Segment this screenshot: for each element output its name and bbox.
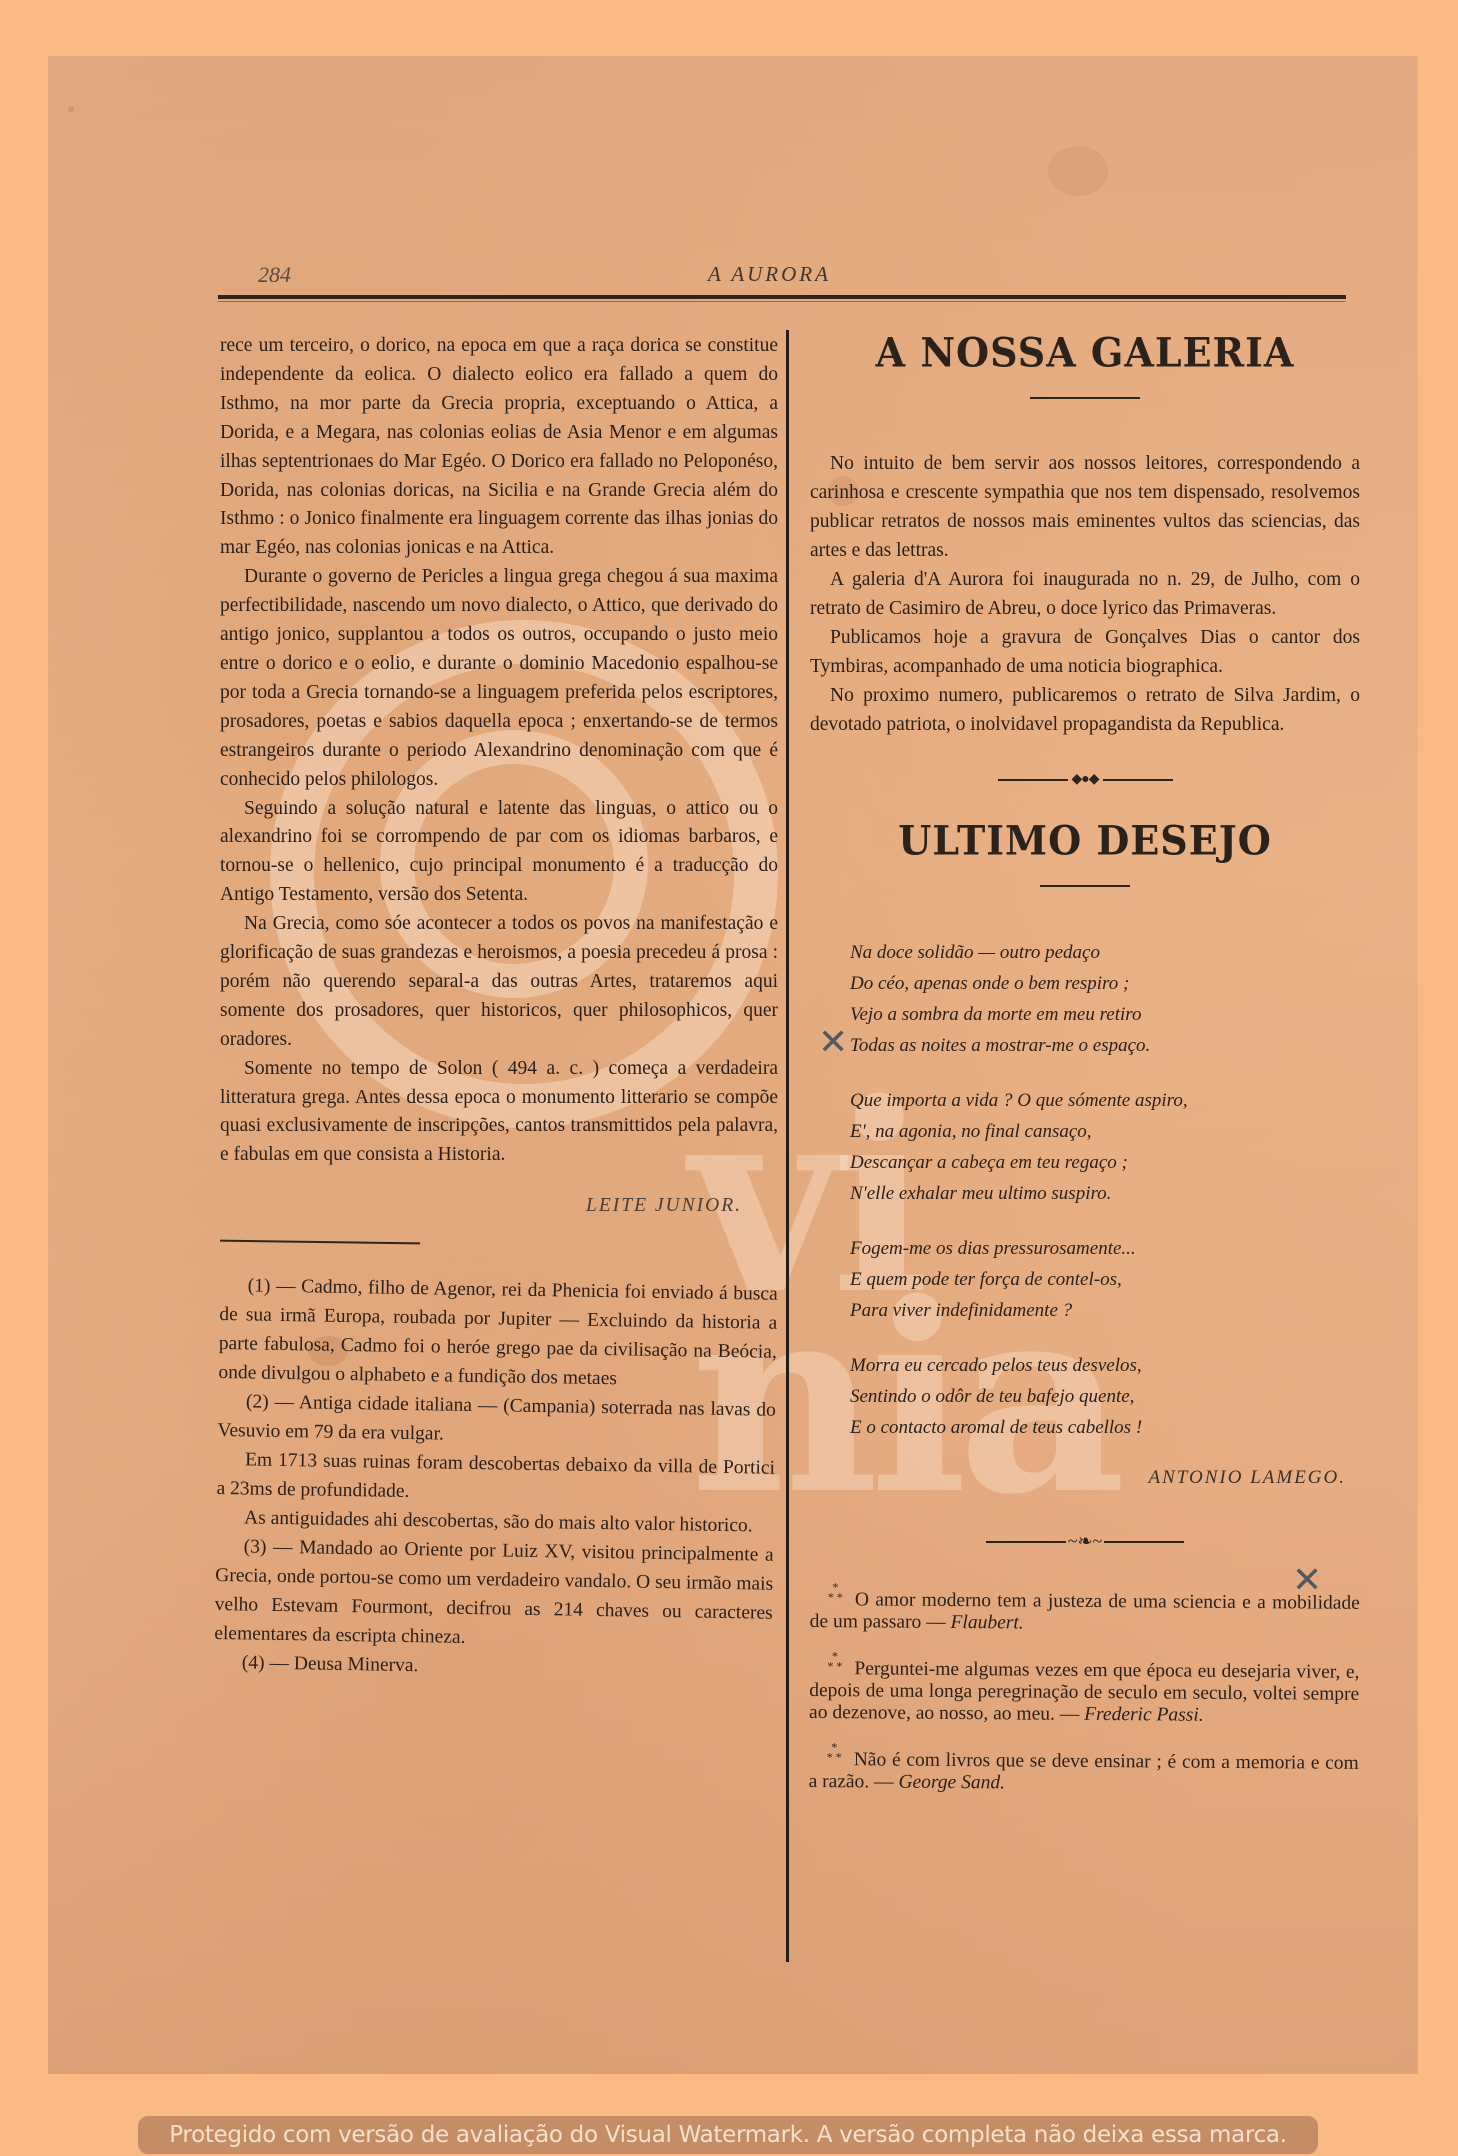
poem-line: Do céo, apenas onde o bem respiro ; xyxy=(850,968,1360,999)
asterism-icon: ** * xyxy=(828,1582,843,1602)
maxim-author: George Sand. xyxy=(898,1772,1005,1794)
galeria-paragraph: A galeria d'A Aurora foi inaugurada no n… xyxy=(810,565,1360,623)
article-paragraph: Na Grecia, como sóe acontecer a todos os… xyxy=(220,910,778,1055)
ornament-divider: ◆●◆ xyxy=(810,771,1360,788)
poem-title: ULTIMO DESEJO xyxy=(810,817,1360,864)
asterism-icon: ** * xyxy=(827,1651,842,1671)
header-rule-thin xyxy=(218,301,1346,302)
footnote: Em 1713 suas ruinas foram descobertas de… xyxy=(216,1445,775,1512)
galeria-title: A NOSSA GALERIA xyxy=(810,329,1360,376)
title-rule xyxy=(1040,885,1130,887)
article-paragraph: rece um terceiro, o dorico, na epoca em … xyxy=(220,332,778,563)
column-divider xyxy=(786,330,789,1962)
poem-stanza: Na doce solidão — outro pedaço Do céo, a… xyxy=(850,937,1360,1061)
poem-line: Vejo a sombra da morte em meu retiro xyxy=(850,999,1360,1030)
flourish-icon: ~❧~ xyxy=(1066,1531,1105,1552)
galeria-paragraph: No proximo numero, publicaremos o retrat… xyxy=(810,681,1360,739)
poem-line: Morra eu cercado pelos teus desvelos, xyxy=(850,1350,1360,1381)
right-column: A NOSSA GALERIA No intuito de bem servir… xyxy=(810,330,1360,1811)
galeria-paragraph: No intuito de bem servir aos nossos leit… xyxy=(810,449,1360,565)
poem-line: Que importa a vida ? O que sómente aspir… xyxy=(850,1085,1360,1116)
ornament-divider-flourish: ~❧~ xyxy=(810,1531,1360,1552)
footnote: (2) — Antiga cidade italiana — (Campania… xyxy=(217,1387,776,1454)
poem-stanza: Morra eu cercado pelos teus desvelos, Se… xyxy=(850,1350,1360,1443)
running-title: A AURORA xyxy=(708,262,831,287)
maxim: ** *Perguntei-me algumas vezes em que ép… xyxy=(809,1651,1359,1728)
poem-line: Sentindo o odôr de teu bafejo quente, xyxy=(850,1381,1360,1412)
article-paragraph: Somente no tempo de Solon ( 494 a. c. ) … xyxy=(220,1055,778,1171)
paper-spot xyxy=(68,106,74,112)
maxims: ** *O amor moderno tem a justeza de uma … xyxy=(809,1582,1360,1797)
footnote: (3) — Mandado ao Oriente por Luiz XV, vi… xyxy=(214,1532,774,1657)
pencil-mark-icon: ✕ xyxy=(1292,1560,1322,1601)
article-paragraph: Seguindo a solução natural e latente das… xyxy=(220,795,778,911)
poem-line: Para viver indefinidamente ? xyxy=(850,1295,1360,1326)
poem: Na doce solidão — outro pedaço Do céo, a… xyxy=(810,937,1360,1443)
poem-line: E quem pode ter força de contel-os, xyxy=(850,1264,1360,1295)
article-paragraph: Durante o governo de Pericles a lingua g… xyxy=(220,563,778,794)
poem-stanza: Fogem-me os dias pressurosamente... E qu… xyxy=(850,1233,1360,1326)
pencil-mark-icon: ✕ xyxy=(818,1022,848,1063)
footnotes: (1) — Cadmo, filho de Agenor, rei da Phe… xyxy=(214,1271,778,1686)
footnote: (1) — Cadmo, filho de Agenor, rei da Phe… xyxy=(218,1271,778,1396)
left-column-article: rece um terceiro, o dorico, na epoca em … xyxy=(220,332,778,1677)
maxim: ** *O amor moderno tem a justeza de uma … xyxy=(810,1582,1360,1637)
maxim-author: Flaubert. xyxy=(950,1612,1023,1634)
header-rule xyxy=(218,295,1346,299)
page-number: 284 xyxy=(258,262,291,288)
poem-line: Na doce solidão — outro pedaço xyxy=(850,937,1360,968)
poem-line: E o contacto aromal de teus cabellos ! xyxy=(850,1412,1360,1443)
maxim-author: Frederic Passi. xyxy=(1084,1704,1204,1726)
maxim: ** *Não é com livros que se deve ensinar… xyxy=(809,1742,1359,1797)
poem-line: Descançar a cabeça em teu regaço ; xyxy=(850,1147,1360,1178)
article-signature: LEITE JUNIOR. xyxy=(220,1192,778,1221)
paper-stain xyxy=(1048,146,1108,196)
poem-line: Fogem-me os dias pressurosamente... xyxy=(850,1233,1360,1264)
asterism-icon: ** * xyxy=(827,1742,842,1762)
watermark-banner: Protegido com versão de avaliação do Vis… xyxy=(138,2116,1318,2154)
poem-line: N'elle exhalar meu ultimo suspiro. xyxy=(850,1178,1360,1209)
galeria-text: No intuito de bem servir aos nossos leit… xyxy=(810,449,1360,739)
poem-line: E', na agonia, no final cansaço, xyxy=(850,1116,1360,1147)
ornament-icon: ◆●◆ xyxy=(1068,771,1103,788)
poem-author: ANTONIO LAMEGO. xyxy=(810,1467,1360,1489)
galeria-paragraph: Publicamos hoje a gravura de Gonçalves D… xyxy=(810,623,1360,681)
footnote-rule xyxy=(220,1240,420,1245)
poem-stanza: Que importa a vida ? O que sómente aspir… xyxy=(850,1085,1360,1209)
title-rule xyxy=(1030,397,1140,399)
poem-line: Todas as noites a mostrar-me o espaço. xyxy=(850,1030,1360,1061)
